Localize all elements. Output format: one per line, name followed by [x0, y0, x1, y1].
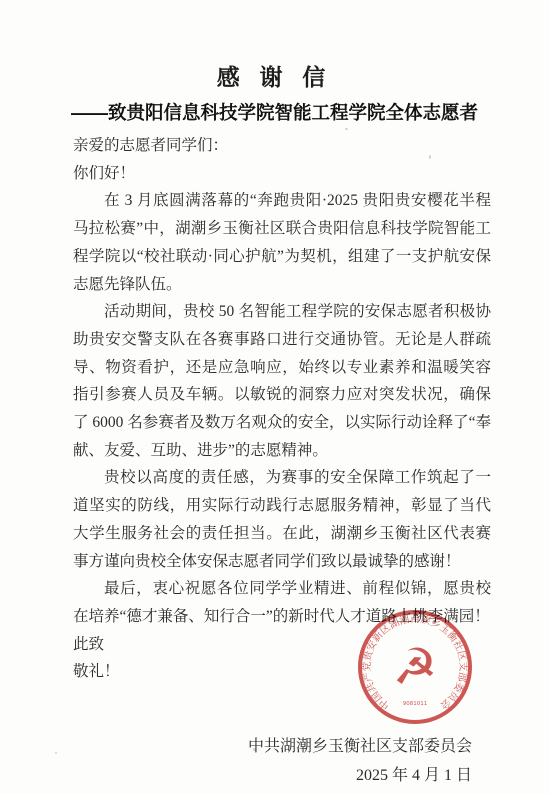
scan-speck [345, 128, 348, 130]
body-paragraph: 活动期间，贵校 50 名智能工程学院的安保志愿者积极协助贵安交警支队在各赛事路口… [73, 298, 491, 464]
paragraphs-container: 在 3 月底圆满落幕的“奔跑贵阳·2025 贵阳贵安樱花半程马拉松赛”中，湖潮乡… [73, 187, 491, 630]
greeting: 你们好！ [73, 160, 491, 188]
seal-code: 9081011 [403, 701, 428, 707]
signature-line: 中共湖潮乡玉衡社区支部委员会 [0, 732, 472, 761]
hammer-and-sickle-icon: ☭ [393, 638, 438, 696]
scan-speck [55, 752, 57, 754]
date-line: 2025 年 4 月 1 日 [0, 761, 472, 790]
scan-speck [253, 748, 256, 751]
scan-speck [127, 231, 130, 233]
signature-block: 中共湖潮乡玉衡社区支部委员会 2025 年 4 月 1 日 [0, 732, 549, 790]
scanned-letter-page: 感 谢 信 ——致贵阳信息科技学院智能工程学院全体志愿者 亲爱的志愿者同学们： … [0, 0, 549, 794]
body-paragraph: 贵校以高度的责任感，为赛事的安全保障工作筑起了一道坚实的防线，用实际行动践行志愿… [73, 464, 491, 575]
scan-speck [429, 155, 431, 159]
letter-subtitle: ——致贵阳信息科技学院智能工程学院全体志愿者 [0, 100, 549, 126]
body-paragraph: 在 3 月底圆满落幕的“奔跑贵阳·2025 贵阳贵安樱花半程马拉松赛”中，湖潮乡… [73, 187, 491, 298]
page-title: 感 谢 信 [0, 0, 549, 94]
official-seal-stamp: 中国共产党贵安新区湖潮苗族乡玉衡社区支部委员会 ☭ 9081011 [350, 602, 480, 732]
